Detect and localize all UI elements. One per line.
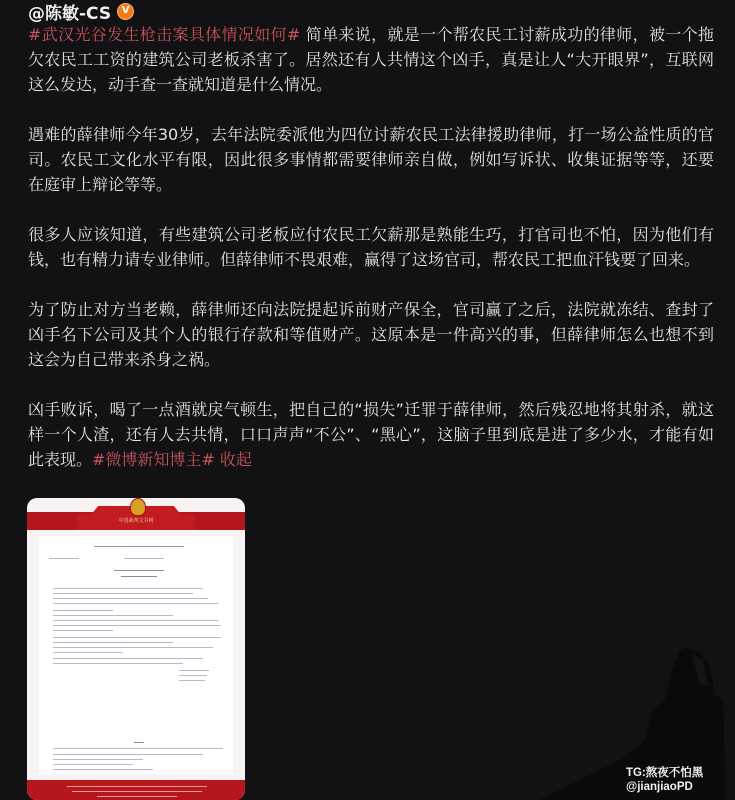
weibo-post: @陈敏-CS V #武汉光谷发生枪击案具体情况如何# 简单来说，就是一个帮农民工… [28, 0, 728, 497]
post-body: #武汉光谷发生枪击案具体情况如何# 简单来说，就是一个帮农民工讨薪成功的律师，被… [28, 22, 714, 472]
watermark: TG:熬夜不怕黑 @jianjiaoPD [626, 766, 703, 794]
paragraph-3: 很多人应该知道，有些建筑公司老板应付农民工欠薪那是熟能生巧，打官司也不怕，因为他… [28, 222, 714, 272]
paragraph-1: #武汉光谷发生枪击案具体情况如何# 简单来说，就是一个帮农民工讨薪成功的律师，被… [28, 22, 714, 97]
national-emblem-icon [130, 498, 146, 516]
paragraph-5: 凶手败诉，喝了一点酒就戾气顿生，把自己的“损失”迁罪于薛律师，然后残忍地将其射杀… [28, 397, 714, 472]
collapse-link[interactable]: 收起 [215, 450, 252, 469]
author-name[interactable]: @陈敏-CS [28, 0, 111, 24]
author-row: @陈敏-CS V [28, 0, 728, 22]
watermark-line-1: TG:熬夜不怕黑 [626, 766, 703, 780]
paragraph-2: 遇难的薛律师今年30岁，去年法院委派他为四位讨薪农民工法律援助律师，打一场公益性… [28, 122, 714, 197]
document-footer-band [27, 780, 245, 800]
topic-hashtag-link[interactable]: #武汉光谷发生枪击案具体情况如何# [28, 25, 300, 44]
paragraph-4: 为了防止对方当老赖，薛律师还向法院提起诉前财产保全，官司赢了之后，法院就冻结、查… [28, 297, 714, 372]
weibo-blogger-hashtag-link[interactable]: #微博新知博主# [92, 450, 215, 469]
document-page [39, 536, 233, 774]
post-image-court-document[interactable]: 中国裁判文书网 [27, 498, 245, 800]
document-header-title: 中国裁判文书网 [27, 517, 245, 524]
watermark-line-2: @jianjiaoPD [626, 780, 703, 794]
verified-badge-icon: V [117, 3, 134, 20]
